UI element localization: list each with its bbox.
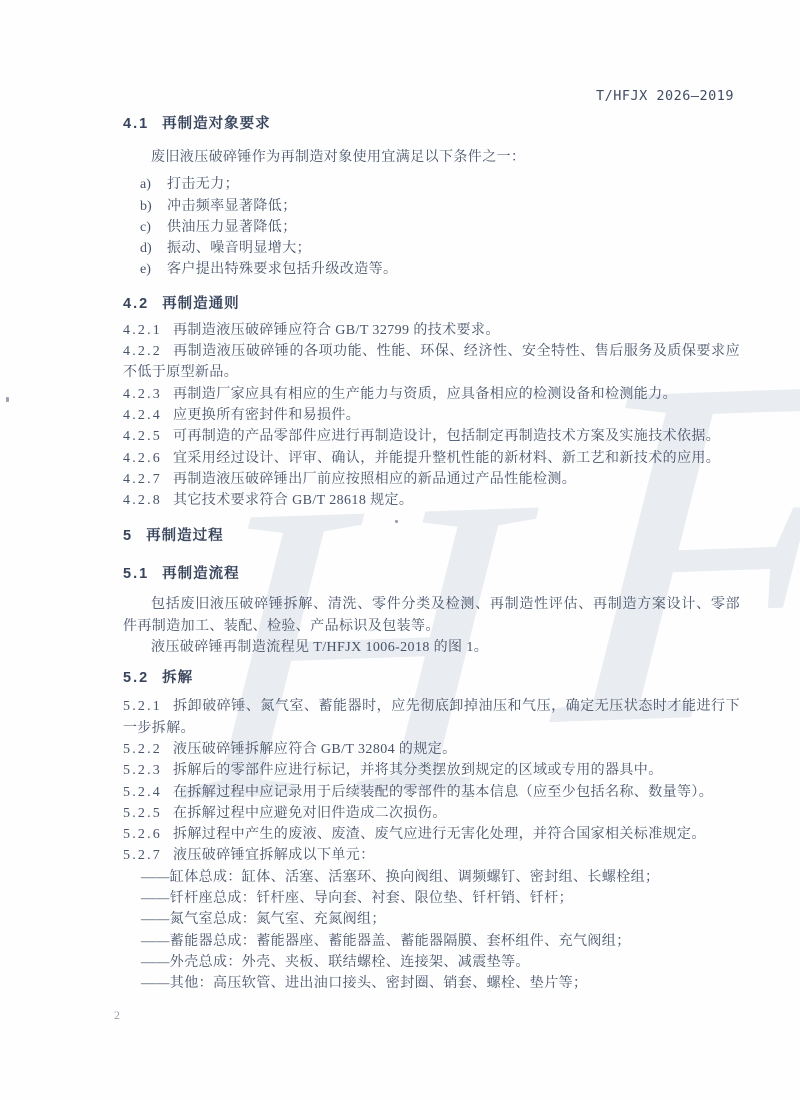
clause-text: 再制造厂家应具有相应的生产能力与资质，应具备相应的检测设备和检测能力。 [173,387,677,402]
clause-text: 再制造液压破碎锤的各项功能、性能、环保、经济性、安全特性、售后服务及质保要求应不… [123,344,740,380]
clause-text: 再制造液压破碎锤应符合 GB/T 32799 的技术要求。 [173,323,500,338]
list-item: e)客户提出特殊要求包括升级改造等。 [123,259,740,280]
clause-text: 拆解过程中产生的废液、废渣、废气应进行无害化处理，并符合国家相关标准规定。 [173,827,706,842]
clause-4-2-3: 4.2.3再制造厂家应具有相应的生产能力与资质，应具备相应的检测设备和检测能力。 [123,384,740,405]
clause-text: 其它技术要求符合 GB/T 28618 规定。 [173,493,413,508]
clause-5-2-6: 5.2.6拆解过程中产生的废液、废渣、废气应进行无害化处理，并符合国家相关标准规… [123,824,740,845]
section-title: 再制造流程 [162,566,240,582]
section-heading-5: 5再制造过程 [123,526,740,546]
clause-text: 在拆解过程中应记录用于后续装配的零部件的基本信息（应至少包括名称、数量等）。 [173,785,713,800]
clause-number: 4.2.6 [123,451,162,466]
section-5-1-para2: 液压破碎锤再制造流程见 T/HFJX 1006-2018 的图 1。 [123,637,740,658]
list-item-label: a) [140,174,167,195]
list-item-text: 冲击频率显著降低； [167,199,297,214]
list-item-label: e) [140,259,167,280]
section-title: 再制造对象要求 [162,116,271,132]
clause-text: 拆解后的零部件应进行标记，并将其分类摆放到规定的区域或专用的器具中。 [173,763,663,778]
section-5-1-para1: 包括废旧液压破碎锤拆解、清洗、零件分类及检测、再制造性评估、再制造方案设计、零部… [123,594,740,637]
clause-4-2-8: 4.2.8其它技术要求符合 GB/T 28618 规定。 [123,490,740,511]
clause-number: 5.2.3 [123,763,162,778]
unit-item: ——缸体总成：缸体、活塞、活塞环、换向阀组、调频螺钉、密封组、长螺栓组； [123,867,740,888]
section-number: 5 [123,526,133,546]
unit-item: ——钎杆座总成：钎杆座、导向套、衬套、限位垫、钎杆销、钎杆； [123,888,740,909]
clause-number: 5.2.4 [123,785,162,800]
list-item-text: 振动、噪音明显增大； [167,241,311,256]
clause-4-2-1: 4.2.1再制造液压破碎锤应符合 GB/T 32799 的技术要求。 [123,320,740,341]
clause-text: 可再制造的产品零部件应进行再制造设计，包括制定再制造技术方案及实施技术依据。 [173,429,720,444]
clause-4-2-5: 4.2.5可再制造的产品零部件应进行再制造设计，包括制定再制造技术方案及实施技术… [123,426,740,447]
clause-number: 4.2.5 [123,429,162,444]
clause-number: 5.2.2 [123,742,162,757]
clause-number: 4.2.4 [123,408,162,423]
disassembly-unit-list: ——缸体总成：缸体、活塞、活塞环、换向阀组、调频螺钉、密封组、长螺栓组； ——钎… [123,867,740,995]
clause-4-2-2: 4.2.2再制造液压破碎锤的各项功能、性能、环保、经济性、安全特性、售后服务及质… [123,341,740,384]
section-number: 5.1 [123,564,149,584]
list-item: d)振动、噪音明显增大； [123,238,740,259]
clause-text: 再制造液压破碎锤出厂前应按照相应的新品通过产品性能检测。 [173,472,576,487]
scan-artifact-dot [6,397,9,402]
clause-text: 宜采用经过设计、评审、确认，并能提升整机性能的新材料、新工艺和新技术的应用。 [173,451,720,466]
scan-artifact-dot [395,520,398,523]
clause-text: 液压破碎锤拆解应符合 GB/T 32804 的规定。 [173,742,457,757]
list-item-text: 客户提出特殊要求包括升级改造等。 [167,262,397,277]
clause-4-2-4: 4.2.4应更换所有密封件和易损件。 [123,405,740,426]
section-title: 拆解 [162,670,193,686]
unit-item: ——蓄能器总成：蓄能器座、蓄能器盖、蓄能器隔膜、套杯组件、充气阀组； [123,931,740,952]
clause-number: 5.2.7 [123,848,162,863]
clause-number: 5.2.5 [123,806,162,821]
clause-number: 5.2.6 [123,827,162,842]
list-item-text: 打击无力； [167,177,239,192]
section-heading-5-2: 5.2拆解 [123,668,740,688]
clause-text: 拆卸破碎锤、氮气室、蓄能器时，应先彻底卸掉油压和气压，确定无压状态时才能进行下一… [123,699,740,735]
unit-item: ——氮气室总成：氮气室、充氮阀组； [123,909,740,930]
clause-number: 4.2.3 [123,387,162,402]
list-item: a)打击无力； [123,174,740,195]
clause-5-2-5: 5.2.5在拆解过程中应避免对旧件造成二次损伤。 [123,803,740,824]
clause-number: 4.2.2 [123,344,162,359]
clause-text: 在拆解过程中应避免对旧件造成二次损伤。 [173,806,447,821]
document-content: 4.1再制造对象要求 废旧液压破碎锤作为再制造对象使用宜满足以下条件之一： a)… [123,114,740,995]
clause-number: 5.2.1 [123,699,162,714]
section-heading-4-2: 4.2再制造通则 [123,294,740,314]
unit-item: ——其他：高压软管、进出油口接头、密封圈、销套、螺栓、垫片等； [123,973,740,994]
clause-4-2-6: 4.2.6宜采用经过设计、评审、确认，并能提升整机性能的新材料、新工艺和新技术的… [123,448,740,469]
list-item: b)冲击频率显著降低； [123,196,740,217]
list-item-label: c) [140,217,167,238]
list-item-label: d) [140,238,167,259]
section-title: 再制造通则 [162,296,240,312]
clause-4-2-7: 4.2.7再制造液压破碎锤出厂前应按照相应的新品通过产品性能检测。 [123,469,740,490]
clause-5-2-4: 5.2.4在拆解过程中应记录用于后续装配的零部件的基本信息（应至少包括名称、数量… [123,782,740,803]
unit-item: ——外壳总成：外壳、夹板、联结螺栓、连接架、减震垫等。 [123,952,740,973]
clause-5-2-1: 5.2.1拆卸破碎锤、氮气室、蓄能器时，应先彻底卸掉油压和气压，确定无压状态时才… [123,696,740,739]
section-number: 4.1 [123,114,149,134]
clause-text: 液压破碎锤宜拆解成以下单元： [173,848,375,863]
document-page: H F T/HFJX 2026—2019 4.1再制造对象要求 废旧液压破碎锤作… [0,0,800,1100]
clause-5-2-7: 5.2.7液压破碎锤宜拆解成以下单元： [123,845,740,866]
condition-list: a)打击无力； b)冲击频率显著降低； c)供油压力显著降低； d)振动、噪音明… [123,174,740,280]
section-number: 4.2 [123,294,149,314]
clause-5-2-3: 5.2.3拆解后的零部件应进行标记，并将其分类摆放到规定的区域或专用的器具中。 [123,760,740,781]
clause-5-2-2: 5.2.2液压破碎锤拆解应符合 GB/T 32804 的规定。 [123,739,740,760]
clause-text: 应更换所有密封件和易损件。 [173,408,360,423]
clause-number: 4.2.8 [123,493,162,508]
list-item-label: b) [140,196,167,217]
section-4-1-intro: 废旧液压破碎锤作为再制造对象使用宜满足以下条件之一： [123,147,740,168]
list-item: c)供油压力显著降低； [123,217,740,238]
clause-number: 4.2.7 [123,472,162,487]
section-title: 再制造过程 [146,528,224,544]
clause-number: 4.2.1 [123,323,162,338]
section-heading-5-1: 5.1再制造流程 [123,564,740,584]
standard-code: T/HFJX 2026—2019 [596,88,734,104]
section-number: 5.2 [123,668,149,688]
page-number: 2 [114,1008,120,1023]
list-item-text: 供油压力显著降低； [167,220,297,235]
section-heading-4-1: 4.1再制造对象要求 [123,114,740,134]
